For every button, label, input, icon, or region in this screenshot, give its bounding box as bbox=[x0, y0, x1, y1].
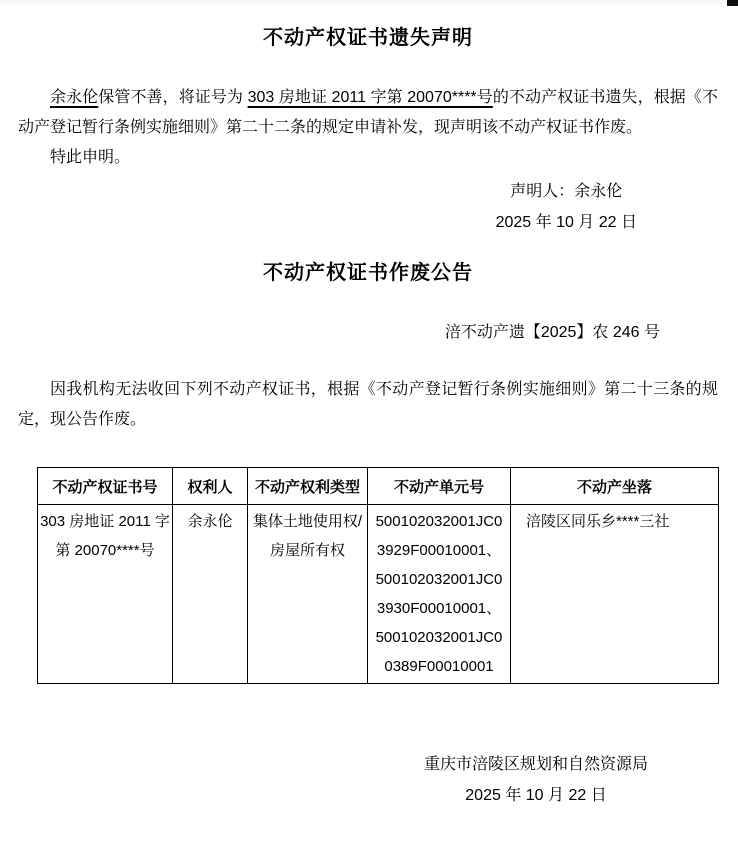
cell-cert-number: 303 房地证 2011 字 第 20070****号 bbox=[38, 505, 173, 684]
statement-signer: 声明人：余永伦 bbox=[496, 176, 637, 207]
statement-closing: 特此申明。 bbox=[18, 143, 718, 173]
corner-mark bbox=[727, 0, 738, 6]
cell-right-type: 集体土地使用权/ 房屋所有权 bbox=[248, 505, 368, 684]
table-row: 303 房地证 2011 字 第 20070****号 余永伦 集体土地使用权/… bbox=[38, 505, 719, 684]
statement-text-after-name: 保管不善，将证号为 bbox=[98, 89, 247, 106]
header-cert-number: 不动产权证书号 bbox=[38, 468, 173, 505]
issuer-name: 重庆市涪陵区规划和自然资源局 bbox=[424, 749, 648, 780]
document-body: 不动产权证书遗失声明 余永伦保管不善，将证号为 303 房地证 2011 字第 … bbox=[0, 0, 738, 811]
issue-date: 2025 年 10 月 22 日 bbox=[424, 780, 648, 811]
announcement-doc-number: 涪不动产遗【2025】农 246 号 bbox=[445, 324, 660, 341]
header-location: 不动产坐落 bbox=[511, 468, 719, 505]
statement-paragraph: 余永伦保管不善，将证号为 303 房地证 2011 字第 20070****号的… bbox=[18, 83, 718, 143]
announcement-title: 不动产权证书作废公告 bbox=[18, 261, 718, 286]
cell-location: 涪陵区同乐乡****三社 bbox=[511, 505, 719, 684]
cert-table: 不动产权证书号 权利人 不动产权利类型 不动产单元号 不动产坐落 303 房地证… bbox=[37, 467, 719, 684]
header-unit-number: 不动产单元号 bbox=[368, 468, 511, 505]
top-strip bbox=[0, 0, 738, 4]
header-right-type: 不动产权利类型 bbox=[248, 468, 368, 505]
issuer-signature-block: 重庆市涪陵区规划和自然资源局 2025 年 10 月 22 日 bbox=[18, 749, 718, 811]
header-holder: 权利人 bbox=[173, 468, 248, 505]
declarant-name: 余永伦 bbox=[50, 89, 98, 106]
statement-date: 2025 年 10 月 22 日 bbox=[496, 207, 637, 238]
announcement-paragraph: 因我机构无法收回下列不动产权证书，根据《不动产登记暂行条例实施细则》第二十三条的… bbox=[18, 375, 718, 435]
cell-holder: 余永伦 bbox=[173, 505, 248, 684]
statement-signature-inner: 声明人：余永伦 2025 年 10 月 22 日 bbox=[496, 176, 637, 238]
doc-number-row: 涪不动产遗【2025】农 246 号 bbox=[18, 318, 718, 348]
document-page: 不动产权证书遗失声明 余永伦保管不善，将证号为 303 房地证 2011 字第 … bbox=[0, 0, 738, 863]
statement-title: 不动产权证书遗失声明 bbox=[18, 0, 718, 51]
table-header-row: 不动产权证书号 权利人 不动产权利类型 不动产单元号 不动产坐落 bbox=[38, 468, 719, 505]
issuer-signature-inner: 重庆市涪陵区规划和自然资源局 2025 年 10 月 22 日 bbox=[424, 749, 648, 811]
statement-signature-block: 声明人：余永伦 2025 年 10 月 22 日 bbox=[18, 176, 718, 238]
cert-number-inline: 303 房地证 2011 字第 20070****号 bbox=[248, 89, 493, 106]
cell-unit-numbers: 500102032001JC0 3929F00010001、 500102032… bbox=[368, 505, 511, 684]
